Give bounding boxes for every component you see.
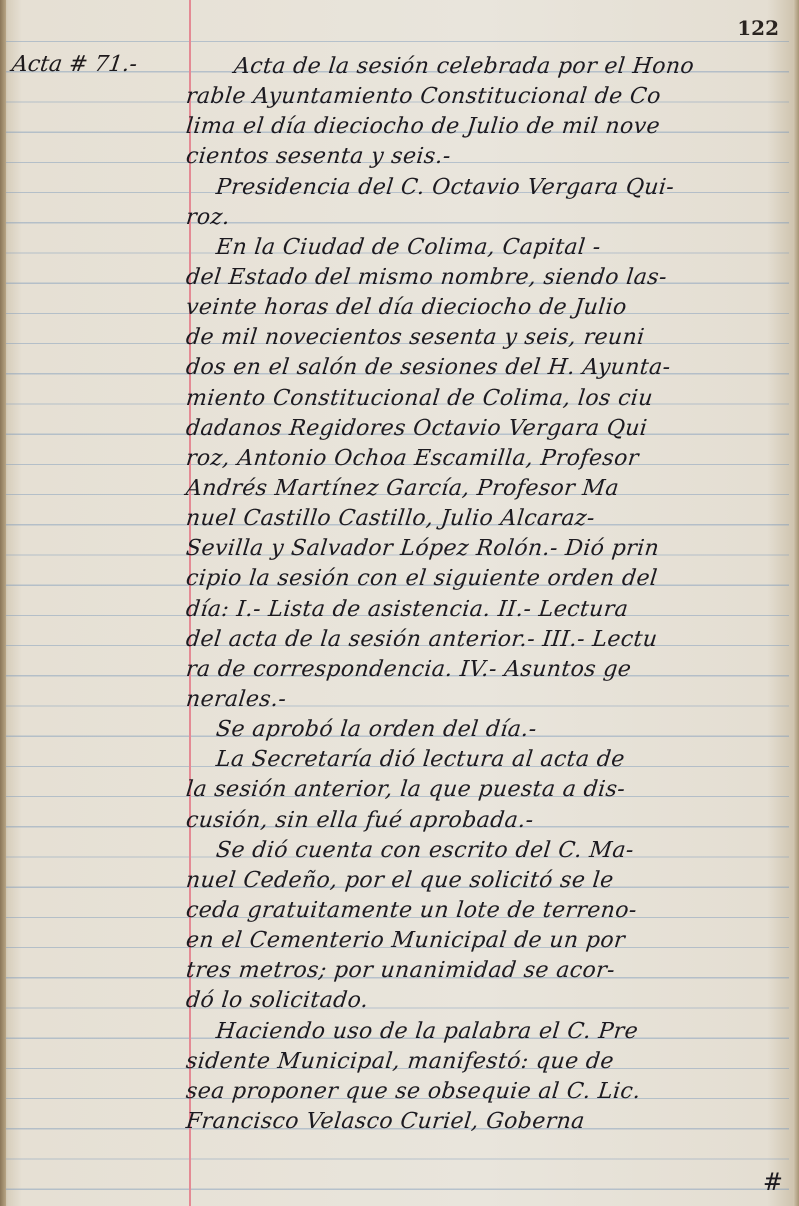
text-line: rable Ayuntamiento Constitucional de Co	[184, 82, 787, 112]
text-line: dadanos Regidores Octavio Vergara Qui	[184, 414, 787, 444]
text-line: Se aprobó la orden del día.-	[184, 715, 787, 745]
text-line: del acta de la sesión anterior.- III.- L…	[184, 625, 787, 655]
text-line: la sesión anterior, la que puesta a dis-	[184, 775, 787, 805]
book-spine-edge	[0, 0, 6, 1206]
text-line: ra de correspondencia. IV.- Asuntos ge	[184, 655, 787, 685]
text-line: sidente Municipal, manifestó: que de	[184, 1047, 787, 1077]
text-line: dó lo solicitado.	[184, 986, 787, 1016]
text-line: sea proponer que se obsequie al C. Lic.	[184, 1077, 787, 1107]
text-line: roz, Antonio Ochoa Escamilla, Profesor	[184, 444, 787, 474]
text-line: En la Ciudad de Colima, Capital -	[184, 233, 787, 263]
text-line: Haciendo uso de la palabra el C. Pre	[184, 1017, 787, 1047]
ledger-page: 122 Acta # 71.- Acta de la sesión celebr…	[0, 0, 799, 1206]
text-line: Se dió cuenta con escrito del C. Ma-	[184, 836, 787, 866]
continuation-mark: #	[763, 1168, 783, 1196]
text-line: roz.	[184, 203, 787, 233]
text-line: Acta de la sesión celebrada por el Hono	[184, 52, 787, 82]
margin-note-acta-number: Acta # 71.-	[10, 52, 139, 77]
text-line: nerales.-	[184, 685, 787, 715]
text-line: del Estado del mismo nombre, siendo las-	[184, 263, 787, 293]
text-line: miento Constitucional de Colima, los ciu	[184, 384, 787, 414]
text-line: tres metros; por unanimidad se acor-	[184, 956, 787, 986]
text-line: en el Cementerio Municipal de un por	[184, 926, 787, 956]
text-line: Sevilla y Salvador López Rolón.- Dió pri…	[184, 534, 787, 564]
text-line: veinte horas del día dieciocho de Julio	[184, 293, 787, 323]
text-line: cusión, sin ella fué aprobada.-	[184, 806, 787, 836]
text-line: La Secretaría dió lectura al acta de	[184, 745, 787, 775]
text-line: cientos sesenta y seis.-	[184, 142, 787, 172]
text-line: nuel Castillo Castillo, Julio Alcaraz-	[184, 504, 787, 534]
text-line: Francisco Velasco Curiel, Goberna	[184, 1107, 787, 1137]
text-line: ceda gratuitamente un lote de terreno-	[184, 896, 787, 926]
text-line: dos en el salón de sesiones del H. Ayunt…	[184, 353, 787, 383]
page-number: 122	[737, 16, 779, 40]
text-line: Presidencia del C. Octavio Vergara Qui-	[184, 173, 787, 203]
text-line: cipio la sesión con el siguiente orden d…	[184, 564, 787, 594]
text-line: día: I.- Lista de asistencia. II.- Lectu…	[184, 595, 787, 625]
page-right-edge	[793, 0, 799, 1206]
text-line: Andrés Martínez García, Profesor Ma	[184, 474, 787, 504]
text-line: nuel Cedeño, por el que solicitó se le	[184, 866, 787, 896]
minutes-body: Acta de la sesión celebrada por el Hono …	[186, 52, 786, 1137]
text-line: lima el día dieciocho de Julio de mil no…	[184, 112, 787, 142]
text-line: de mil novecientos sesenta y seis, reuni	[184, 323, 787, 353]
